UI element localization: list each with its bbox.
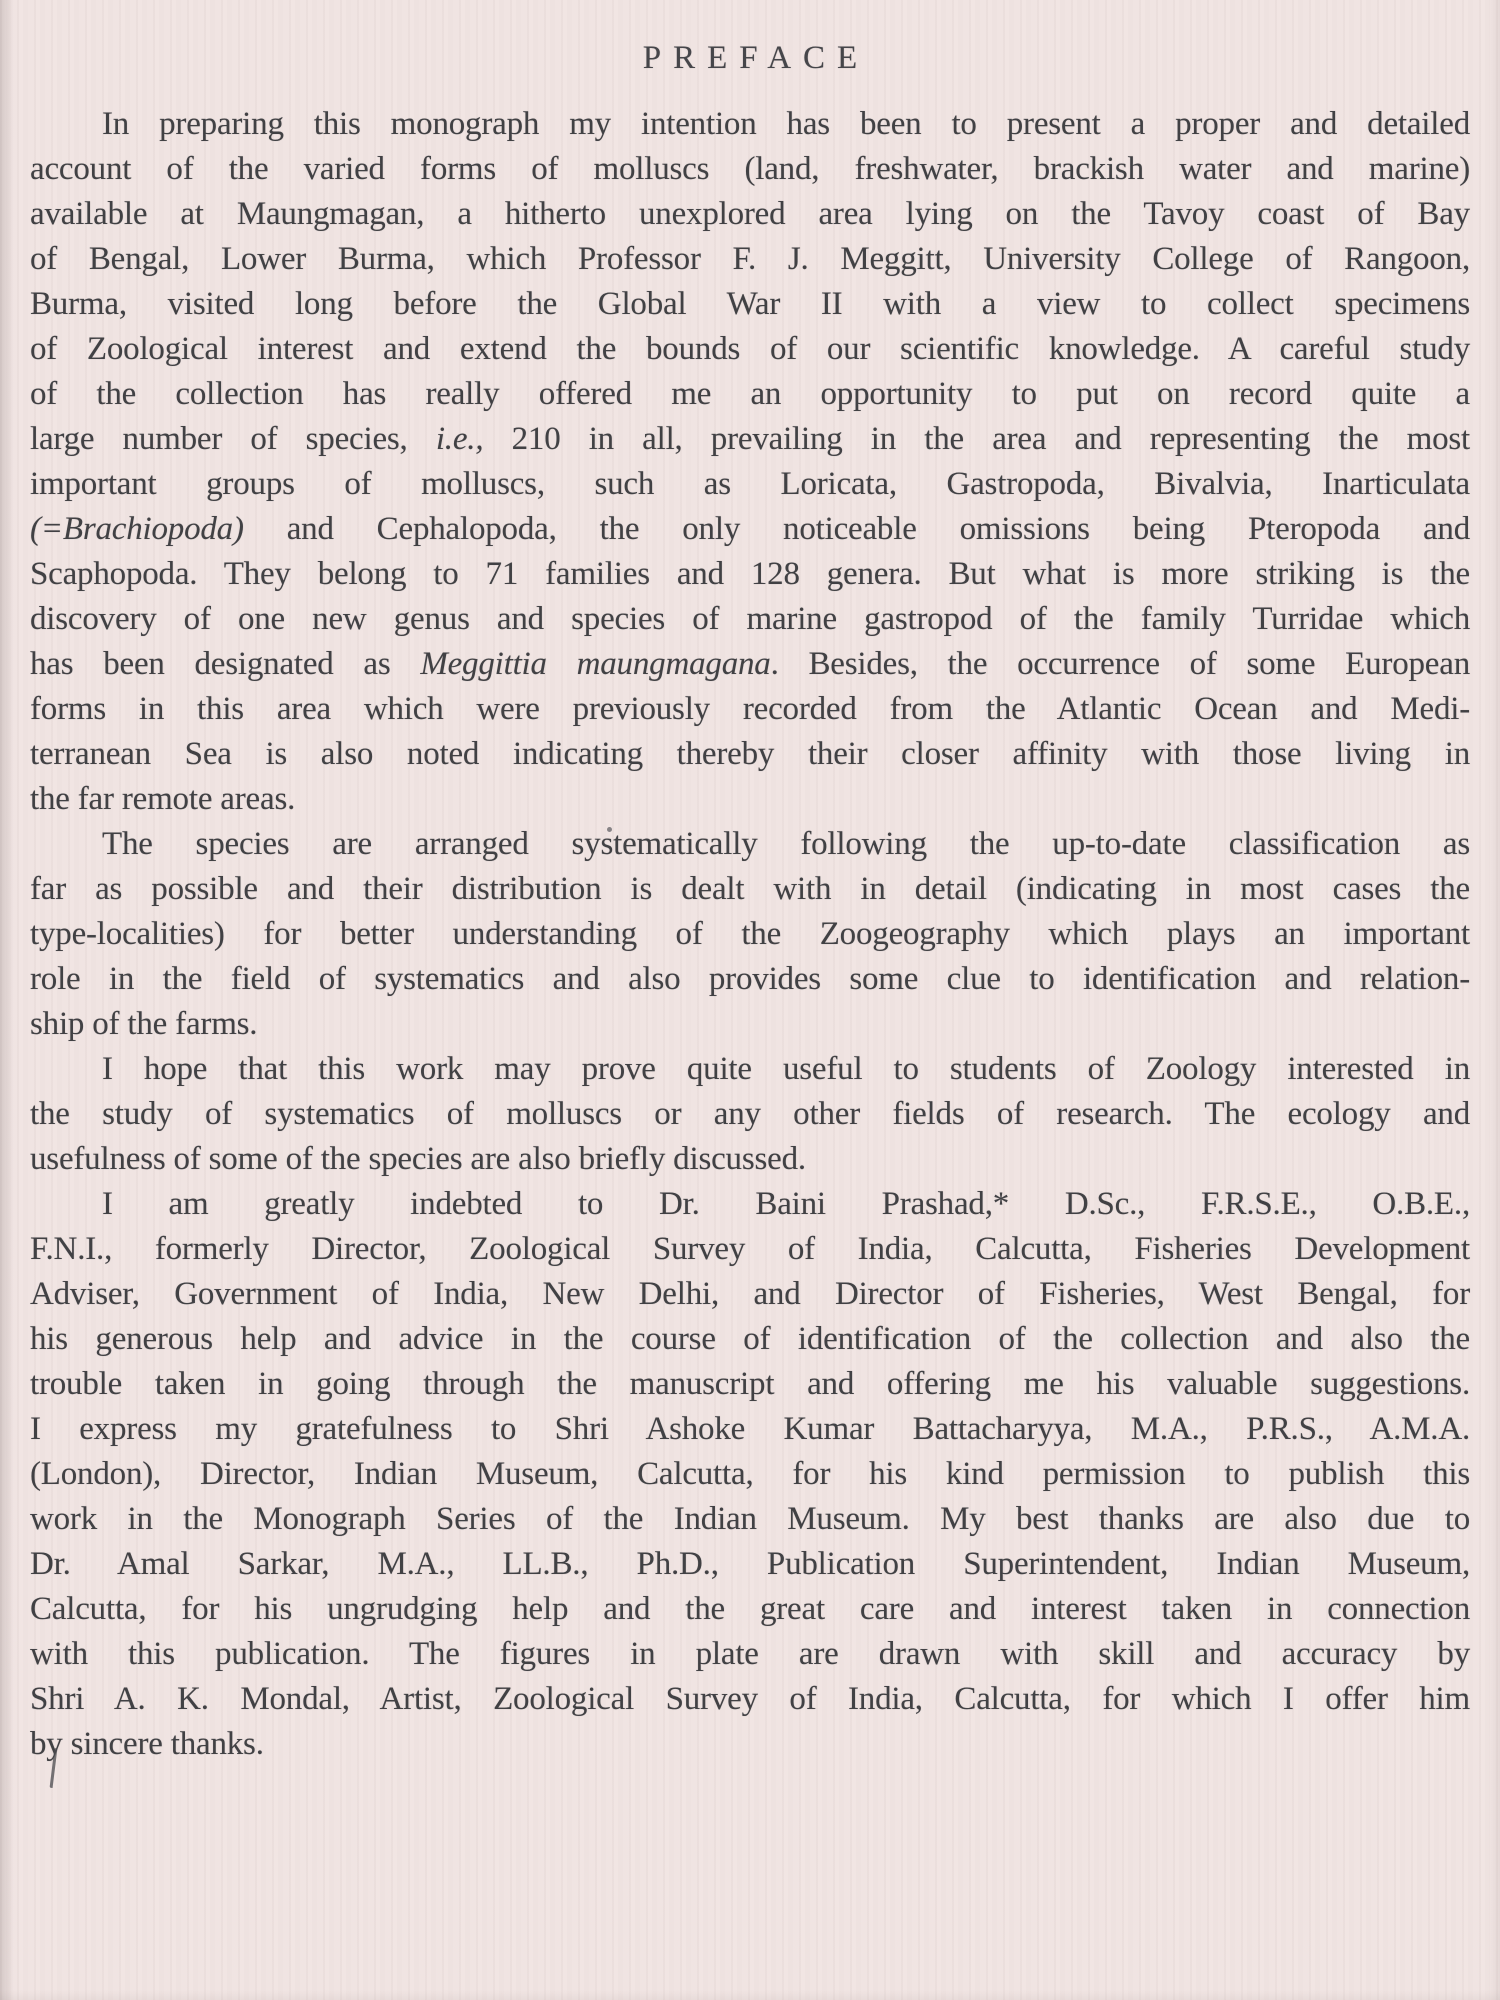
text-line: Calcutta, for his ungrudging help and th… xyxy=(30,1587,1470,1632)
text-line: ship of the farms. xyxy=(30,1002,1470,1047)
text-line: discovery of one new genus and species o… xyxy=(30,597,1470,642)
text-line: Adviser, Government of India, New Delhi,… xyxy=(30,1272,1470,1317)
text-line: the far remote areas. xyxy=(30,777,1470,822)
text-line: of the collection has really offered me … xyxy=(30,372,1470,417)
scanned-book-page: PREFACE In preparing this monograph my i… xyxy=(0,0,1500,2000)
text-line: F.N.I., formerly Director, Zoological Su… xyxy=(30,1227,1470,1272)
text-line: of Bengal, Lower Burma, which Professor … xyxy=(30,237,1470,282)
text-line: role in the field of systematics and als… xyxy=(30,957,1470,1002)
text-line: I am greatly indebted to Dr. Baini Prash… xyxy=(30,1182,1470,1227)
text-line: (London), Director, Indian Museum, Calcu… xyxy=(30,1452,1470,1497)
text-line: far as possible and their distribution i… xyxy=(30,867,1470,912)
paragraph: In preparing this monograph my intention… xyxy=(30,102,1470,822)
paragraph: The species are arranged systematically … xyxy=(30,822,1470,1047)
paragraph: I am greatly indebted to Dr. Baini Prash… xyxy=(30,1182,1470,1767)
text-line: work in the Monograph Series of the Indi… xyxy=(30,1497,1470,1542)
text-line: by sincere thanks. xyxy=(30,1722,1470,1767)
page-content: PREFACE In preparing this monograph my i… xyxy=(30,0,1470,1767)
text-line: forms in this area which were previously… xyxy=(30,687,1470,732)
text-line: has been designated as Meggittia maungma… xyxy=(30,642,1470,687)
text-line: important groups of molluscs, such as Lo… xyxy=(30,462,1470,507)
page-title: PREFACE xyxy=(30,0,1470,77)
text-line: account of the varied forms of molluscs … xyxy=(30,147,1470,192)
text-line: usefulness of some of the species are al… xyxy=(30,1137,1470,1182)
text-line: of Zoological interest and extend the bo… xyxy=(30,327,1470,372)
text-line: Scaphopoda. They belong to 71 families a… xyxy=(30,552,1470,597)
text-line: (=Brachiopoda) and Cephalopoda, the only… xyxy=(30,507,1470,552)
text-line: the study of systematics of molluscs or … xyxy=(30,1092,1470,1137)
text-line: large number of species, i.e., 210 in al… xyxy=(30,417,1470,462)
text-line: type-localities) for better understandin… xyxy=(30,912,1470,957)
body-text: In preparing this monograph my intention… xyxy=(30,102,1470,1767)
text-line: In preparing this monograph my intention… xyxy=(30,102,1470,147)
text-line: available at Maungmagan, a hitherto unex… xyxy=(30,192,1470,237)
paragraph: I hope that this work may prove quite us… xyxy=(30,1047,1470,1182)
text-line: terranean Sea is also noted indicating t… xyxy=(30,732,1470,777)
text-line: I express my gratefulness to Shri Ashoke… xyxy=(30,1407,1470,1452)
text-line: The species are arranged systematically … xyxy=(30,822,1470,867)
text-line: I hope that this work may prove quite us… xyxy=(30,1047,1470,1092)
text-line: Burma, visited long before the Global Wa… xyxy=(30,282,1470,327)
text-line: Dr. Amal Sarkar, M.A., LL.B., Ph.D., Pub… xyxy=(30,1542,1470,1587)
text-line: his generous help and advice in the cour… xyxy=(30,1317,1470,1362)
text-line: trouble taken in going through the manus… xyxy=(30,1362,1470,1407)
ink-speck xyxy=(607,827,612,832)
text-line: Shri A. K. Mondal, Artist, Zoological Su… xyxy=(30,1677,1470,1722)
text-line: with this publication. The figures in pl… xyxy=(30,1632,1470,1677)
